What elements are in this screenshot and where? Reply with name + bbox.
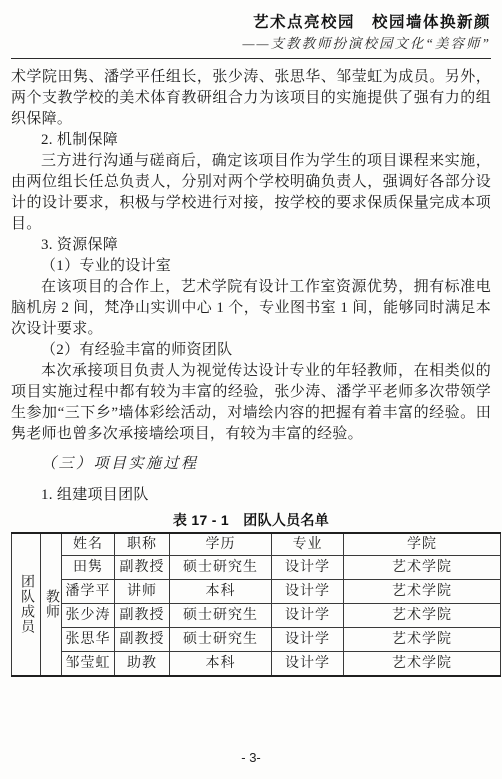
- column-header-name: 姓名: [62, 533, 115, 556]
- cell-education: 硕士研究生: [170, 628, 272, 652]
- cell-education: 本科: [170, 652, 272, 676]
- cell-education: 硕士研究生: [170, 556, 272, 580]
- table-row: 邹莹虹 助教 本科 设计学 艺术学院: [12, 652, 501, 676]
- cell-name: 张思华: [62, 628, 115, 652]
- cell-major: 设计学: [272, 628, 344, 652]
- cell-title: 副教授: [115, 604, 170, 628]
- cell-title: 讲师: [115, 580, 170, 604]
- cell-title: 副教授: [115, 556, 170, 580]
- table-row: 田隽 副教授 硕士研究生 设计学 艺术学院: [12, 556, 501, 580]
- table-row: 潘学平 讲师 本科 设计学 艺术学院: [12, 580, 501, 604]
- column-header-major: 专业: [272, 533, 344, 556]
- cell-college: 艺术学院: [344, 652, 501, 676]
- column-header-college: 学院: [344, 533, 501, 556]
- cell-name: 田隽: [62, 556, 115, 580]
- cell-major: 设计学: [272, 604, 344, 628]
- column-header-title: 职称: [115, 533, 170, 556]
- section-heading-implementation: （三）项目实施过程: [11, 454, 491, 475]
- table-group-cell: 团队成员: [12, 533, 41, 676]
- table-subgroup-cell: 教师: [41, 533, 62, 676]
- running-head-title: 艺术点亮校园 校园墙体换新颜: [11, 14, 491, 31]
- cell-college: 艺术学院: [344, 628, 501, 652]
- table-row: 张少涛 副教授 硕士研究生 设计学 艺术学院: [12, 604, 501, 628]
- paragraph-mechanism: 三方进行沟通与磋商后，确定该项目作为学生的项目课程来实施，由两位组长任总负责人，…: [11, 151, 491, 235]
- heading-design-studio: （1）专业的设计室: [11, 256, 491, 277]
- page-header: 艺术点亮校园 校园墙体换新颜 ——支教教师扮演校园文化“美容师”: [0, 0, 502, 52]
- paragraph-continuation: 术学院田隽、潘学平任组长，张少涛、张思华、邹莹虹为成员。另外，两个支教学校的美术…: [11, 67, 491, 130]
- cell-name: 邹莹虹: [62, 652, 115, 676]
- document-page: 艺术点亮校园 校园墙体换新颜 ——支教教师扮演校园文化“美容师” 术学院田隽、潘…: [0, 0, 502, 779]
- cell-name: 潘学平: [62, 580, 115, 604]
- table-row: 张思华 副教授 硕士研究生 设计学 艺术学院: [12, 628, 501, 652]
- heading-faculty-team: （2）有经验丰富的师资团队: [11, 340, 491, 361]
- page-number: - 3-: [0, 750, 502, 765]
- cell-major: 设计学: [272, 580, 344, 604]
- header-rule: [11, 58, 491, 59]
- cell-education: 硕士研究生: [170, 604, 272, 628]
- table-caption: 表 17 - 1 团队人员名单: [11, 512, 491, 528]
- cell-education: 本科: [170, 580, 272, 604]
- heading-resource-guarantee: 3. 资源保障: [11, 235, 491, 256]
- cell-major: 设计学: [272, 556, 344, 580]
- cell-college: 艺术学院: [344, 604, 501, 628]
- column-header-education: 学历: [170, 533, 272, 556]
- cell-name: 张少涛: [62, 604, 115, 628]
- heading-mechanism-guarantee: 2. 机制保障: [11, 130, 491, 151]
- team-roster-table: 团队成员 教师 姓名 职称 学历 专业 学院 田隽 副教授 硕士研究生 设计学 …: [11, 532, 501, 677]
- paragraph-design-studio: 在该项目的合作上，艺术学院有设计工作室资源优势，拥有标准电脑机房 2 间，梵净山…: [11, 277, 491, 340]
- cell-major: 设计学: [272, 652, 344, 676]
- subsection-heading-team-building: 1. 组建项目团队: [11, 485, 491, 506]
- paragraph-faculty-team: 本次承接项目负责人为视觉传达设计专业的年轻教师，在相类似的项目实施过程中都有较为…: [11, 361, 491, 445]
- cell-college: 艺术学院: [344, 580, 501, 604]
- cell-college: 艺术学院: [344, 556, 501, 580]
- cell-title: 助教: [115, 652, 170, 676]
- cell-title: 副教授: [115, 628, 170, 652]
- running-head-subtitle: ——支教教师扮演校园文化“美容师”: [11, 35, 491, 52]
- document-body: 术学院田隽、潘学平任组长，张少涛、张思华、邹莹虹为成员。另外，两个支教学校的美术…: [11, 67, 491, 677]
- table-header-row: 团队成员 教师 姓名 职称 学历 专业 学院: [12, 533, 501, 556]
